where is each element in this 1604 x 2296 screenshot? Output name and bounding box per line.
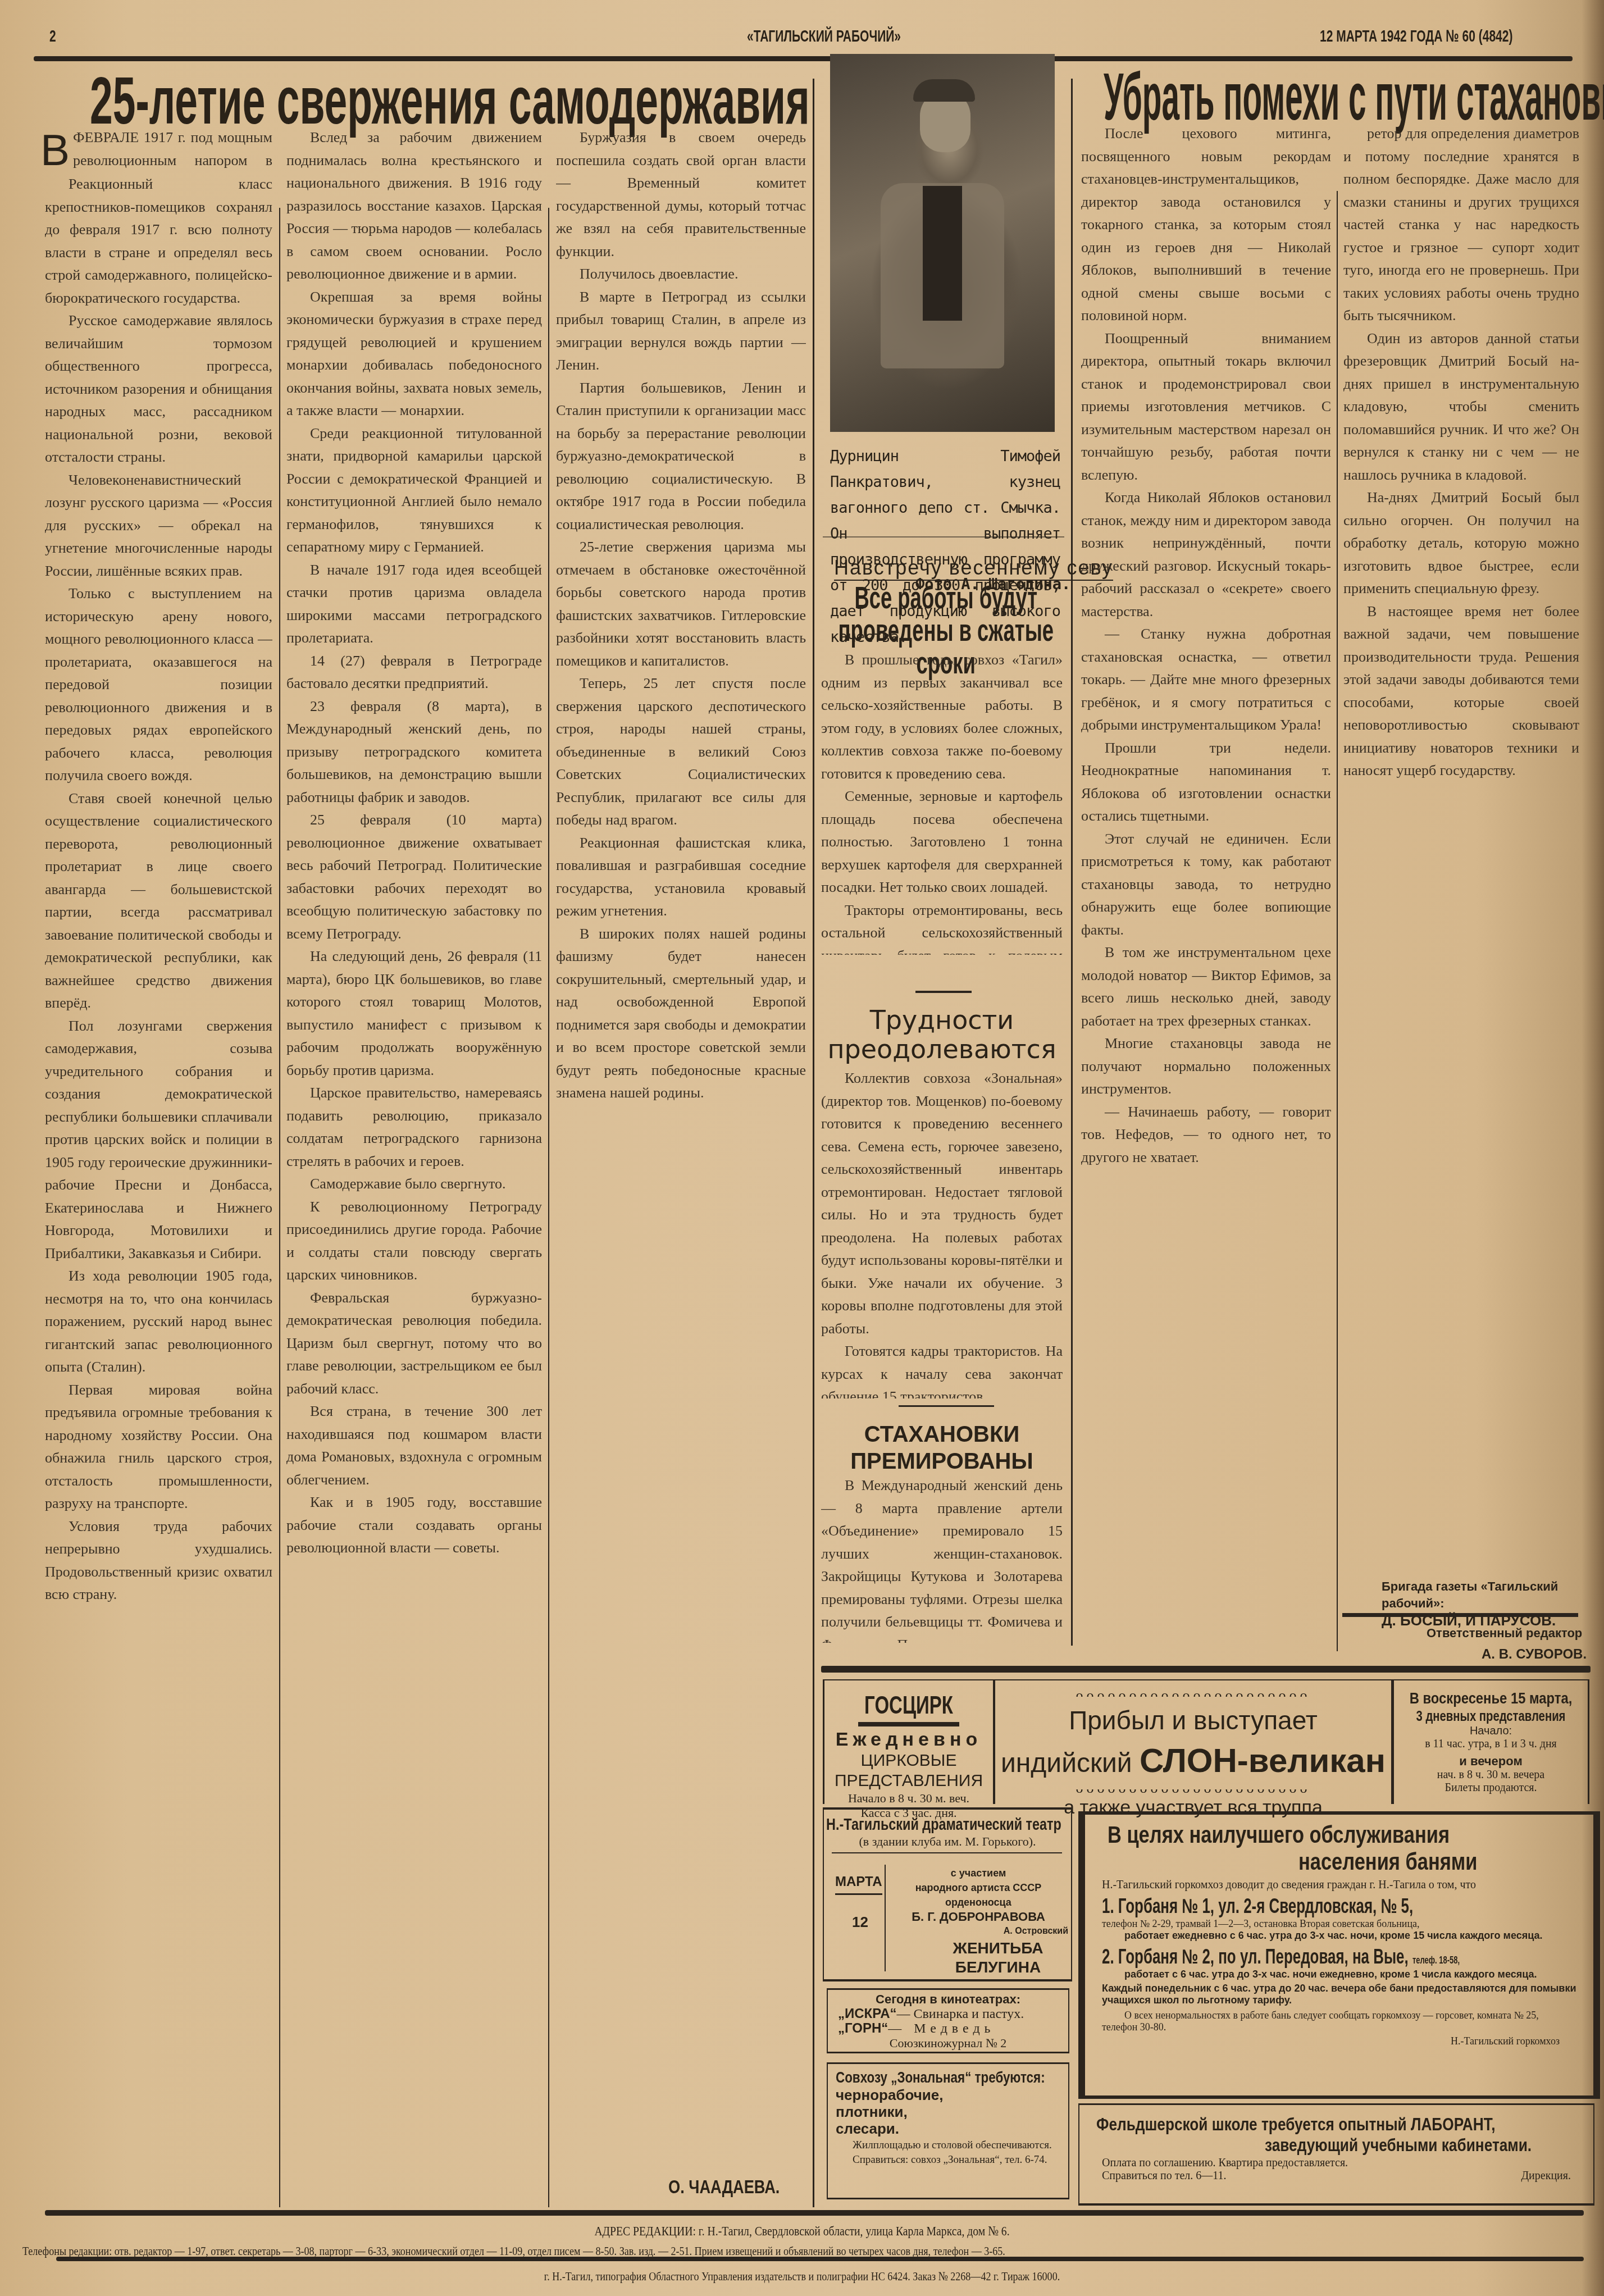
theatre-ad: Н.-Тагильский драматический театр (в зда… [823,1807,1072,1981]
paragraph: Из хода революции 1905 года, несмотря на… [45,1265,272,1379]
paragraph: Этот случай не единичен. Если присмотрет… [1081,828,1331,942]
paragraph: 25-летие свержения царизма мы отмечаем в… [556,536,806,672]
paragraph: Партия большевиков, Ленин и Сталин прист… [556,377,806,536]
sunday-date: В воскресенье 15 марта, [1409,1689,1573,1707]
rubric: Навстречу весеннему севу [834,556,1113,581]
page-number: 2 [49,27,56,46]
circus-ad: ГОСЦИРК Ежедневно ЦИРКОВЫЕ ПРЕДСТАВЛЕНИЯ… [823,1679,995,1804]
paragraph: ФЕВРАЛЕ 1917 г. под мощным революционным… [73,126,272,171]
elephant-ad: ᴖᴖᴖᴖᴖᴖᴖᴖᴖᴖᴖᴖᴖᴖᴖᴖᴖᴖᴖᴖᴖᴖ Прибыл и выступае… [994,1679,1393,1804]
paragraph: 23 февраля (8 марта), в Международный же… [286,695,542,809]
footer-rule [45,2210,1584,2216]
sunday-show-ad: В воскресенье 15 марта, 3 дневных предст… [1393,1679,1589,1804]
stakhanovki-article-body: В Международный женский день — 8 марта п… [821,1474,1063,1643]
cinema-venue-iskra: „ИСКРА“ [838,2006,896,2021]
elephant-headline: СЛОН-великан [1140,1742,1386,1779]
paragraph: Реакционный класс крепостников-помещиков… [45,173,272,309]
paragraph: Поощренный вниманием директора, опытный … [1081,327,1331,487]
baths-signature: Н.-Тагильский горкомхоз [1085,2035,1560,2047]
separator [1342,1613,1578,1617]
separator [915,991,972,993]
bath-2-phone: телеф. 18-58, [1412,1955,1460,1966]
theatre-credit: с участием [888,1866,1068,1880]
paragraph: Теперь, 25 лет спустя после свержения ца… [556,672,806,832]
paragraph: Получилось двоевластие. [556,263,806,286]
paragraph: Реакционная фашистская клика, повалившая… [556,832,806,923]
paragraph: В том же инструментальном цехе молодой н… [1081,941,1331,1032]
circus-performances: ЦИРКОВЫЕ ПРЕДСТАВЛЕНИЯ [824,1751,993,1791]
paragraph: В начале 1917 года идея всеобщей стачки … [286,559,542,650]
photo-figure [913,79,975,102]
sovkhoz-title: Совхозу „Зональная“ требуются: [836,2069,1022,2087]
paragraph: Прошли три недели. Неоднократные напомин… [1081,737,1331,828]
paragraph: Многие стахановцы завода не получают нор… [1081,1032,1331,1101]
stakhanovki-article-title: СТАХАНОВКИ ПРЕМИРОВАНЫ [821,1421,1063,1475]
theatre-credit: народного артиста СССР [888,1880,1068,1895]
paragraph: Один из авторов данной статьи фрезеровщи… [1343,327,1579,487]
bath-1-address: 1. Горбаня № 1, ул. 2-я Свердловская, № … [1102,1894,1443,1918]
school-tariff-note: Каждый понедельник с 6 час. утра до 20 ч… [1102,1983,1576,2006]
column-rule [1071,79,1073,1646]
job-item: слесари. [836,2120,1068,2137]
job-item: плотники, [836,2103,1068,2120]
paragraph: На следующий день, 26 февраля (11 марта)… [286,945,542,1082]
paragraph: В марте в Петроград из ссылки прибыл тов… [556,286,806,377]
sunday-evening: и вечером [1394,1754,1588,1769]
paragraph: — Станку нужна добротная стахановская ос… [1081,623,1331,737]
cinema-title: Сегодня в кинотеатрах: [828,1992,1068,2007]
circus-start-time: Начало в 8 ч. 30 м. веч. [824,1791,993,1806]
circus-daily: Ежедневно [824,1729,993,1751]
paragraph: Февральская буржуазно-демократическая ре… [286,1287,542,1401]
baths-notice-ad: В целях наилучшего обслуживания населени… [1078,1811,1600,2099]
issue-date: 12 МАРТА 1942 ГОДА № 60 (4842) [1320,27,1512,46]
theatre-title: Н.-Тагильский драматический театр [826,1815,1017,1834]
paragraph: После цехового митинга, посвященного нов… [1081,122,1331,327]
lab-headline: заведующий учебными кабинетами. [1265,2135,1534,2156]
lead-article-column-3: Буржуазия в своем очередь поспешила созд… [556,126,806,2143]
paragraph: Самодержавие было свергнуто. [286,1173,542,1196]
paragraph: Буржуазия в своем очередь поспешила созд… [556,126,806,263]
lab-contact: Справиться по тел. 6—11. [1102,2170,1227,2183]
paragraph: Условия труда рабочих непрерывно ухудшал… [45,1515,272,1606]
paragraph: В широких полях нашей родины фашизму буд… [556,923,806,1105]
column-rule [279,208,280,2207]
stakhanov-article-column-2: ретор для определения диаметров и потому… [1343,122,1579,1510]
lead-article-author: О. ЧААДАЕВА. [668,2176,780,2198]
difficulties-article-title: Трудности преодолеваются [821,1005,1063,1064]
sunday-evening-time: нач. в 8 ч. 30 м. вечера [1394,1769,1588,1782]
paragraph: Как и в 1905 году, восставшие рабочие ст… [286,1491,542,1560]
baths-intro: Н.-Тагильский горкомхоз доводит до сведе… [1102,1879,1576,1891]
brigade-signature: Бригада газеты «Тагильский рабочий»: Д. … [1382,1578,1604,1629]
separator [899,1405,994,1407]
paragraph: В настоящее время нет более важной задач… [1343,600,1579,782]
newsreel: Союзкиножурнал № 2 [828,2036,1068,2051]
paragraph: Среди реакционной титулованной знати, пр… [286,422,542,559]
performance-month: МАРТА [835,1874,882,1895]
editor-label: Ответственный редактор [1427,1626,1582,1641]
cinema-venue-gorn: „ГОРН“ [838,2021,888,2036]
play-title: ЖЕНИТЬБА [888,1939,1068,1958]
drop-cap: В [40,125,70,176]
paragraph: Вслед за рабочим движением поднималась в… [286,126,542,286]
paragraph: В Международный женский день — 8 марта п… [821,1474,1063,1643]
paragraph: Только с выступлением на историческую ар… [45,582,272,787]
baths-title: В целях наилучшего обслуживания [1108,1821,1506,1848]
paragraph: Тракторы отремонтированы, весь остальной… [821,899,1063,955]
paragraph: В прошлые годы совхоз «Тагил» одним из п… [821,649,1063,785]
lab-signature: Дирекция. [1521,2170,1571,2183]
printer-info: г. Н.-Тагил, типография Областного Управ… [144,2269,1460,2284]
bath-1-hours: работает ежедневно с 6 час. утра до 3-х … [1124,1930,1576,1942]
circus-title: ГОСЦИРК [846,1692,972,1720]
difficulties-article-body: Коллектив совхоза «Зональная» (директор … [821,1067,1063,1398]
paragraph: 25 февраля (10 марта) революционное движ… [286,809,542,945]
paragraph: Первая мировая война предъявила огромные… [45,1379,272,1515]
cinema-ad: Сегодня в кинотеатрах: „ИСКРА“— Свинарка… [827,1988,1069,2053]
paragraph: Окрепшая за время войны экономически бур… [286,286,542,422]
film-title: — Медведь [888,2021,995,2036]
separator [858,1722,959,1726]
paragraph: — Начинаешь работу, — говорит тов. Нефед… [1081,1101,1331,1169]
sovkhoz-benefits: Жилплощадью и столовой обеспечиваются. [836,2139,1060,2152]
paragraph: К революционному Петрограду присоединили… [286,1196,542,1287]
lead-article-column-2: Вслед за рабочим движением поднималась в… [286,126,542,2182]
film-title: — Свинарка и пастух. [896,2007,1024,2021]
portrait-photo [830,54,1055,432]
baths-title: населения банями [1298,1848,1541,1875]
paragraph: Царское правительство, намереваясь подав… [286,1082,542,1173]
footer-rule [56,2257,1584,2261]
sowing-article-body: В прошлые годы совхоз «Тагил» одним из п… [821,649,1063,955]
separator [832,1852,1062,1853]
editorial-address: АДРЕС РЕДАКЦИИ: г. Н.-Тагил, Свердловско… [144,2224,1460,2239]
paragraph: Человеконенавистнический лозунг русского… [45,469,272,583]
theatre-credit: орденоносца [888,1895,1068,1910]
paragraph: Вся страна, в течение 300 лет находившая… [286,1400,542,1491]
column-rule [548,208,549,2207]
performance-day: 12 [852,1914,868,1931]
paragraph: ретор для определения диаметров и потому… [1343,122,1579,327]
sovkhoz-job-ad: Совхозу „Зональная“ требуются: чернорабо… [827,2062,1069,2199]
ornament-border: ᴗᴗᴗᴗᴗᴗᴗᴗᴗᴗᴗᴗᴗᴗᴗᴗᴗᴗᴗᴗᴗᴗ [995,1780,1391,1797]
lead-article-opening: ФЕВРАЛЕ 1917 г. под мощным революционным… [73,126,272,171]
play-title: БЕЛУГИНА [888,1958,1068,1977]
column-rule [813,79,814,2207]
separator [823,536,1064,537]
paragraph: Готовятся кадры трактористов. На курсах … [821,1340,1063,1398]
tickets-on-sale: Билеты продаются. [1394,1782,1588,1794]
ads-separator [821,1666,1591,1673]
lab-headline: Фельдшерской школе требуется опытный ЛАБ… [1096,2114,1504,2135]
sovkhoz-contact: Справиться: совхоз „Зональная“, тел. 6-7… [836,2154,1060,2166]
column-rule [1337,191,1338,1651]
paragraph: Ставя своей конечной целью осуществление… [45,787,272,1015]
theatre-venue: (в здании клуба им. М. Горького). [824,1834,1071,1849]
bath-1-details: телефон № 2-29, трамвай 1—2—3, остановка… [1102,1918,1576,1930]
complaints-note: О всех ненормальностях в работе бань сле… [1102,2010,1576,2033]
column-rule [885,1865,886,1971]
sunday-count: 3 дневных представления [1415,1707,1566,1725]
paragraph: Семенные, зерновые и картофель площадь п… [821,785,1063,899]
bath-2-hours: работает с 6 час. утра до 3-х час. ночи … [1124,1969,1576,1980]
lead-article-column-1: Реакционный класс крепостников-помещиков… [45,173,272,2184]
playwright: А. Островский [888,1924,1068,1939]
job-item: чернорабочие, [836,2087,1068,2103]
newspaper-name: «ТАГИЛЬСКИЙ РАБОЧИЙ» [747,27,901,46]
lead-actor: Б. Г. ДОБРОНРАВОВА [888,1910,1068,1924]
paragraph: Пол лозунгами свержения самодержавия, со… [45,1015,272,1265]
signature-line: Бригада газеты «Тагильский рабочий»: [1382,1578,1604,1612]
paragraph: Коллектив совхоза «Зональная» (директор … [821,1067,1063,1340]
paragraph: Когда Николай Яблоков остановил станок, … [1081,486,1331,623]
lab-assistant-ad: Фельдшерской школе требуется опытный ЛАБ… [1078,2103,1594,2206]
editor-name: А. В. СУВОРОВ. [1482,1647,1587,1662]
photo-figure [923,186,962,321]
sunday-day-times: в 11 час. утра, в 1 и 3 ч. дня [1394,1738,1588,1751]
paragraph: Русское самодержавие являлось величайшим… [45,309,272,469]
stakhanov-article-column-1: После цехового митинга, посвященного нов… [1081,122,1331,1650]
ornament-border: ᴖᴖᴖᴖᴖᴖᴖᴖᴖᴖᴖᴖᴖᴖᴖᴖᴖᴖᴖᴖᴖᴖ [995,1687,1391,1704]
elephant-arrival: Прибыл и выступает [995,1705,1391,1735]
elephant-origin: индийский [1001,1748,1132,1778]
lab-terms: Оплата по соглашению. Квартира предостав… [1102,2157,1571,2170]
bath-2-address: 2. Горбаня № 2, по ул. Передовая, на Вые… [1102,1945,1409,1968]
paragraph: 14 (27) февраля в Петрограде бастовало д… [286,650,542,695]
sunday-start-label: Начало: [1394,1725,1588,1738]
paragraph: На-днях Дмитрий Босый был сильно огорчен… [1343,486,1579,600]
